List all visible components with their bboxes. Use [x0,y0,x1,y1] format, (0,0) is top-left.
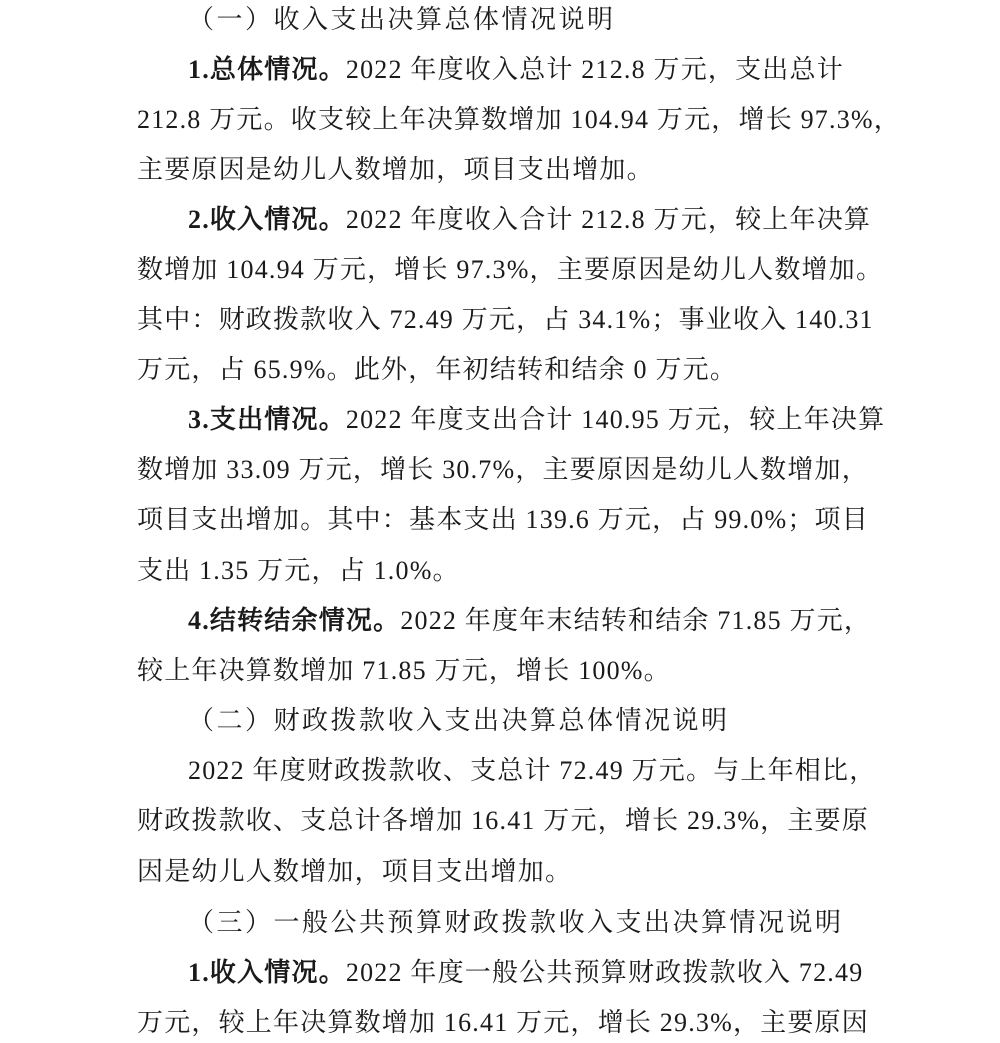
paragraph-expense-line-1: 3.支出情况。2022 年度支出合计 140.95 万元，较上年决算 [188,400,885,440]
paragraph-lead: 1.总体情况。 [188,55,346,84]
paragraph-lead: 4.结转结余情况。 [188,606,400,635]
paragraph-income-line-3: 其中：财政拨款收入 72.49 万元，占 34.1%；事业收入 140.31 [137,300,874,340]
section-heading-2: （二）财政拨款收入支出决算总体情况说明 [188,701,730,741]
paragraph-overall-line-3: 主要原因是幼儿人数增加，项目支出增加。 [137,150,654,190]
paragraph-text: 2022 年度一般公共预算财政拨款收入 72.49 [346,958,864,987]
paragraph-income-line-1: 2.收入情况。2022 年度收入合计 212.8 万元，较上年决算 [188,200,871,240]
paragraph-overall-line-2: 212.8 万元。收支较上年决算数增加 104.94 万元，增长 97.3%， [137,100,901,140]
paragraph-general-income-line-1: 1.收入情况。2022 年度一般公共预算财政拨款收入 72.49 [188,953,863,993]
section-heading-1: （一）收入支出决算总体情况说明 [188,0,616,40]
paragraph-fiscal-line-2: 财政拨款收、支总计各增加 16.41 万元，增长 29.3%，主要原 [137,801,869,841]
paragraph-expense-line-2: 数增加 33.09 万元，增长 30.7%，主要原因是幼儿人数增加， [137,450,869,490]
paragraph-income-line-2: 数增加 104.94 万元，增长 97.3%，主要原因是幼儿人数增加。 [137,250,883,290]
paragraph-text: 2022 年度收入合计 212.8 万元，较上年决算 [346,205,871,234]
paragraph-overall-line-1: 1.总体情况。2022 年度收入总计 212.8 万元，支出总计 [188,50,844,90]
paragraph-text: 2022 年度年末结转和结余 71.85 万元， [400,606,871,635]
paragraph-lead: 3.支出情况。 [188,405,346,434]
paragraph-lead: 1.收入情况。 [188,958,346,987]
paragraph-lead: 2.收入情况。 [188,205,346,234]
document-page: （一）收入支出决算总体情况说明 1.总体情况。2022 年度收入总计 212.8… [0,0,1000,1043]
paragraph-carryover-line-1: 4.结转结余情况。2022 年度年末结转和结余 71.85 万元， [188,601,871,641]
paragraph-text: 2022 年度收入总计 212.8 万元，支出总计 [346,55,844,84]
paragraph-text: 2022 年度支出合计 140.95 万元，较上年决算 [346,405,885,434]
paragraph-fiscal-line-1: 2022 年度财政拨款收、支总计 72.49 万元。与上年相比， [188,751,876,791]
paragraph-income-line-4: 万元，占 65.9%。此外，年初结转和结余 0 万元。 [137,350,737,390]
paragraph-carryover-line-2: 较上年决算数增加 71.85 万元，增长 100%。 [137,651,671,691]
section-heading-3: （三）一般公共预算财政拨款收入支出决算情况说明 [188,903,844,943]
paragraph-general-income-line-2: 万元，较上年决算数增加 16.41 万元，增长 29.3%，主要原因 [137,1003,869,1043]
paragraph-expense-line-3: 项目支出增加。其中：基本支出 139.6 万元，占 99.0%；项目 [137,500,869,540]
paragraph-expense-line-4: 支出 1.35 万元，占 1.0%。 [137,551,460,591]
paragraph-fiscal-line-3: 因是幼儿人数增加，项目支出增加。 [137,852,572,892]
